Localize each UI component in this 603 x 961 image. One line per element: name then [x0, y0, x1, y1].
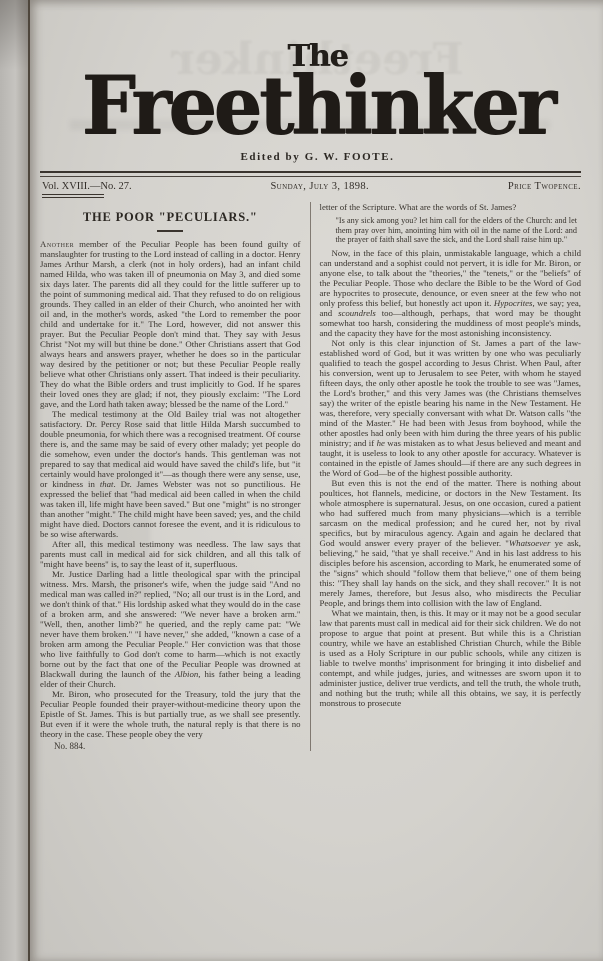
article-paragraph-lead: Another member of the Peculiar People ha…	[40, 239, 301, 409]
article-paragraph-para: After all, this medical testimony was ne…	[40, 539, 301, 569]
article-paragraph-para: Mr. Justice Darling had a little theolog…	[40, 569, 301, 689]
article-paragraph-para: What we maintain, then, is this. It may …	[320, 608, 582, 708]
article-columns: THE POOR "PECULIARS." Another member of …	[30, 202, 603, 751]
book-gutter-edge	[0, 0, 28, 961]
article-paragraph-quote: "Is any sick among you? let him call for…	[336, 216, 578, 244]
article-paragraph-para: Now, in the face of this plain, unmistak…	[320, 248, 582, 338]
article-paragraph-para: But even this is not the end of the matt…	[320, 478, 582, 608]
issue-number: No. 884.	[40, 741, 301, 751]
right-column-text: letter of the Scripture. What are the wo…	[320, 202, 582, 708]
article-paragraph-para: The medical testimony at the Old Bailey …	[40, 409, 301, 539]
edited-by-line: Edited by G. W. FOOTE.	[30, 151, 603, 163]
volume-underline-rule	[42, 194, 104, 198]
article-paragraph-continuation: letter of the Scripture. What are the wo…	[320, 202, 582, 212]
masthead: The Freethinker Edited by G. W. FOOTE.	[30, 0, 603, 163]
right-column: letter of the Scripture. What are the wo…	[311, 202, 582, 751]
left-column-text: Another member of the Peculiar People ha…	[40, 239, 301, 739]
masthead-title: Freethinker	[30, 68, 603, 145]
newspaper-page: Freethinker The Freethinker Edited by G.…	[28, 0, 603, 961]
volume-number: Vol. XVIII.—No. 27.	[42, 181, 132, 192]
headline-rule	[157, 230, 183, 232]
price-label: Price Twopence.	[508, 181, 581, 192]
newspaper-scan: Freethinker The Freethinker Edited by G.…	[0, 0, 603, 961]
left-column: THE POOR "PECULIARS." Another member of …	[40, 202, 311, 751]
article-paragraph-para: Not only is this clear injunction of St.…	[320, 338, 582, 478]
article-paragraph-para: Mr. Biron, who prosecuted for the Treasu…	[40, 689, 301, 739]
issue-date: Sunday, July 3, 1898.	[270, 181, 369, 192]
article-headline: THE POOR "PECULIARS."	[40, 210, 301, 225]
issue-info-row: Vol. XVIII.—No. 27. Sunday, July 3, 1898…	[30, 177, 603, 192]
